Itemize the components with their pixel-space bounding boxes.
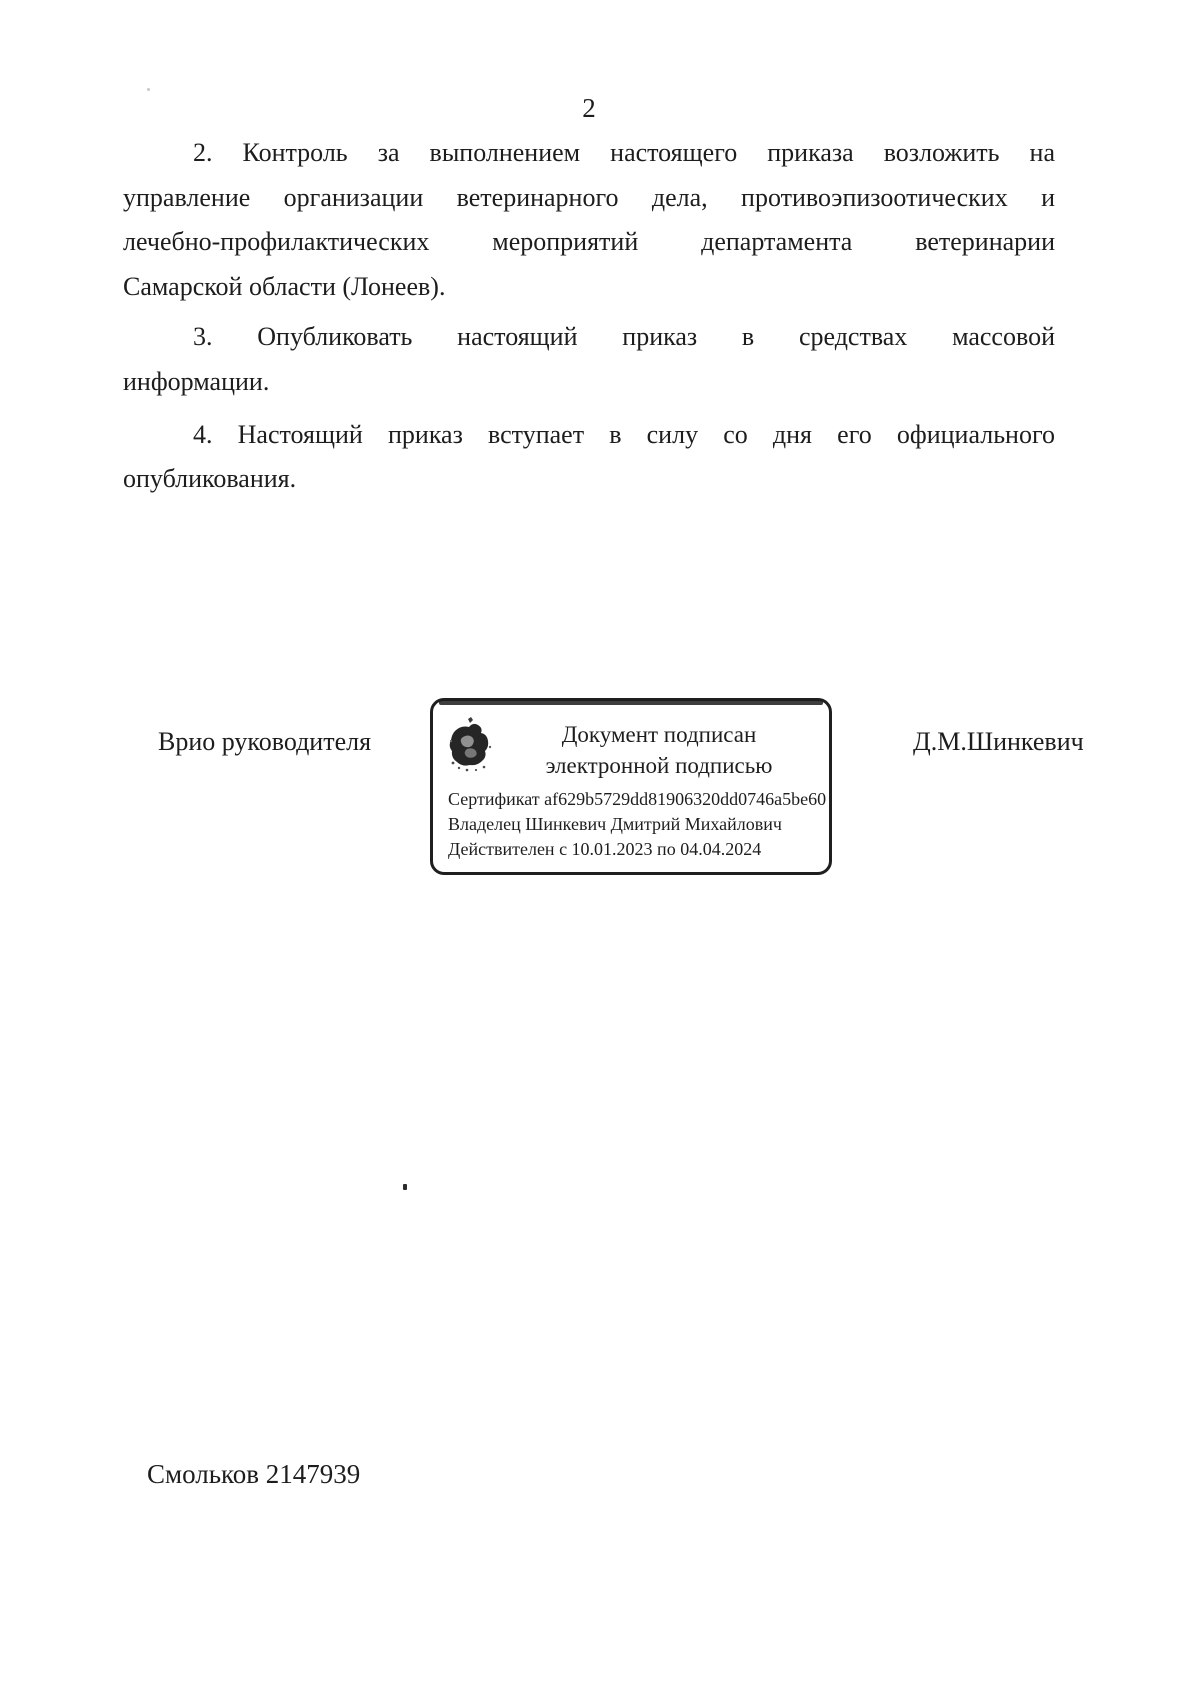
- paragraph-4: 4. Настоящий приказ вступает в силу со д…: [123, 413, 1055, 502]
- body-line: 2. Контроль за выполнением настоящего пр…: [123, 131, 1055, 176]
- stamp-emblem-icon: [447, 717, 494, 773]
- e-signature-stamp-box: Документ подписан электронной подписью С…: [430, 698, 832, 875]
- body-line: 3. Опубликовать настоящий приказ в средс…: [123, 315, 1055, 360]
- page-number: 2: [123, 92, 1055, 124]
- paragraph-3: 3. Опубликовать настоящий приказ в средс…: [123, 315, 1055, 404]
- scan-speck: [147, 88, 150, 91]
- stamp-title: Документ подписан электронной подписью: [495, 719, 823, 781]
- owner-line: Владелец Шинкевич Дмитрий Михайлович: [448, 812, 821, 837]
- body-line: Самарской области (Лонеев).: [123, 265, 1055, 310]
- stamp-title-line1: Документ подписан: [495, 719, 823, 750]
- body-text: 2. Контроль за выполнением настоящего пр…: [123, 131, 1055, 502]
- stamp-title-line2: электронной подписью: [495, 750, 823, 781]
- document-page: 2 2. Контроль за выполнением настоящего …: [0, 0, 1200, 1695]
- body-line: 4. Настоящий приказ вступает в силу со д…: [123, 413, 1055, 458]
- signer-name: Д.М.Шинкевич: [913, 726, 1084, 758]
- body-line: опубликования.: [123, 457, 1055, 502]
- body-line: управление организации ветеринарного дел…: [123, 176, 1055, 221]
- validity-line: Действителен с 10.01.2023 по 04.04.2024: [448, 837, 821, 862]
- signer-position-label: Врио руководителя: [158, 726, 371, 758]
- executor-note: Смольков 2147939: [147, 1458, 360, 1490]
- body-line: лечебно-профилактических мероприятий деп…: [123, 220, 1055, 265]
- scan-dot: [403, 1184, 407, 1190]
- stamp-certificate-block: Сертификат af629b5729dd81906320dd0746a5b…: [448, 787, 821, 862]
- certificate-line: Сертификат af629b5729dd81906320dd0746a5b…: [448, 787, 821, 812]
- paragraph-2: 2. Контроль за выполнением настоящего пр…: [123, 131, 1055, 309]
- body-line: информации.: [123, 360, 1055, 405]
